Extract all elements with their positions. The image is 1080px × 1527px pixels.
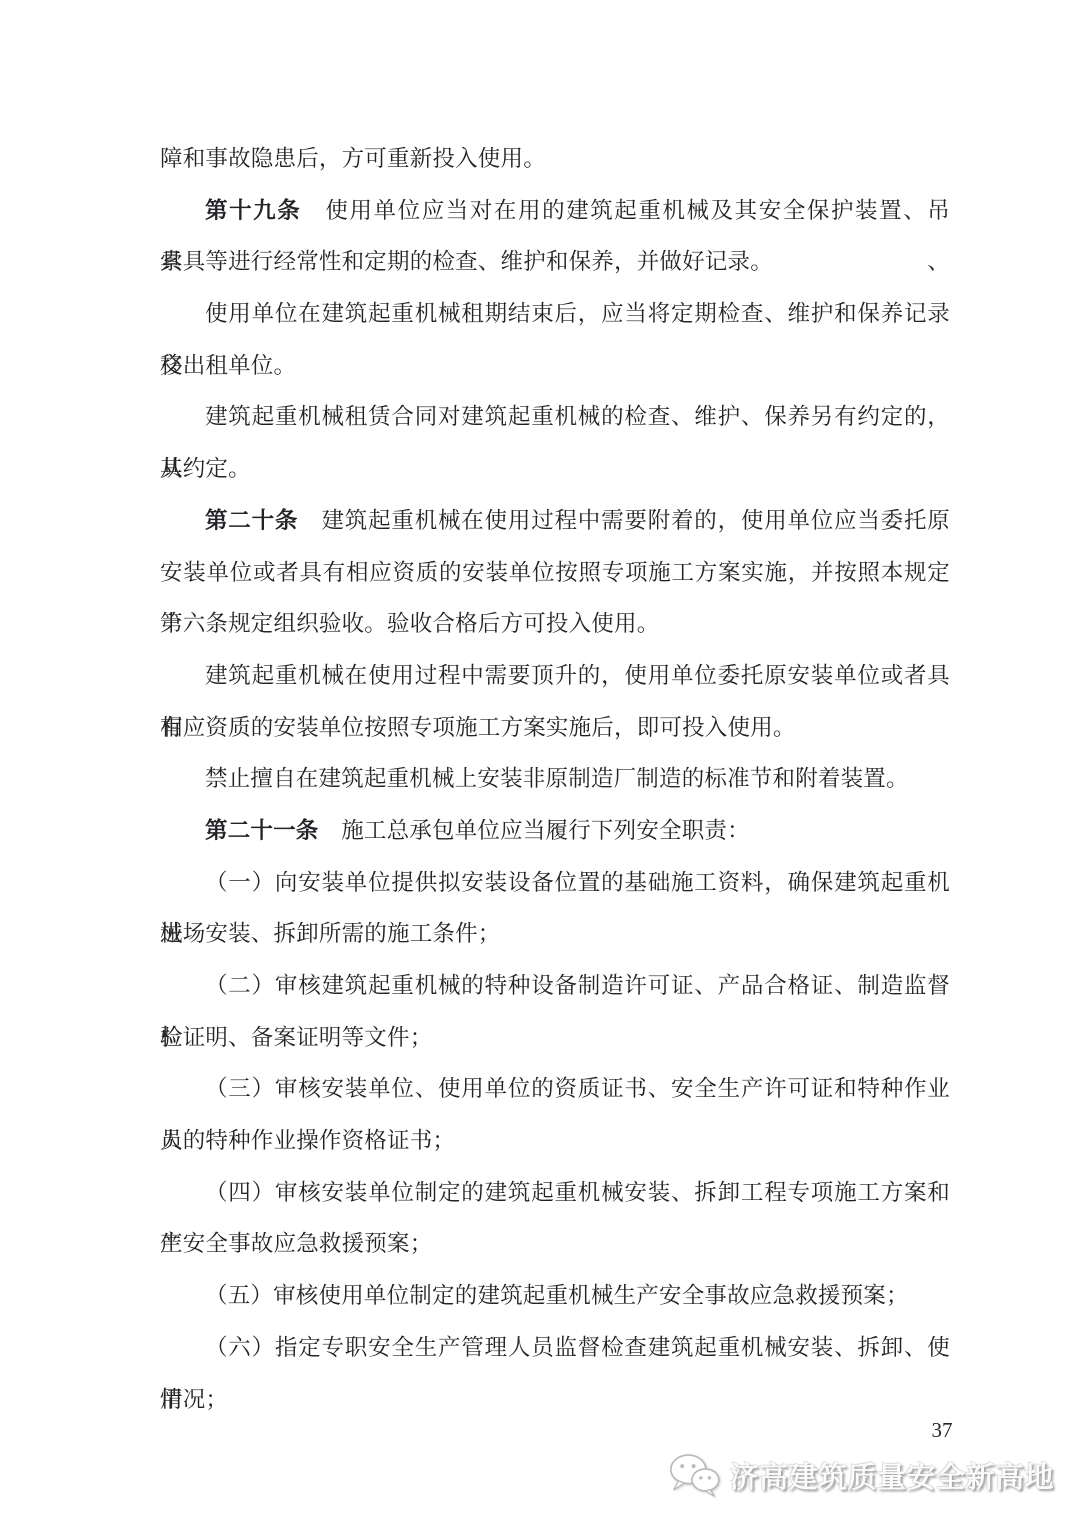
text-line: 建筑起重机械在使用过程中需要顶升的，使用单位委托原安装单位或者具有	[160, 650, 950, 702]
text-segment: 产安全事故应急救援预案；	[160, 1231, 432, 1256]
text-line: 安装单位或者具有相应资质的安装单位按照专项施工方案实施，并按照本规定第	[160, 547, 950, 599]
text-line: （一）向安装单位提供拟安装设备位置的基础施工资料，确保建筑起重机械	[160, 857, 950, 909]
text-line: 第十九条 使用单位应当对在用的建筑起重机械及其安全保护装置、吊具、	[160, 185, 950, 237]
text-segment: 情况；	[160, 1387, 228, 1412]
text-line: 验证明、备案证明等文件；	[160, 1012, 950, 1064]
text-line: （四）审核安装单位制定的建筑起重机械安装、拆卸工程专项施工方案和生	[160, 1167, 950, 1219]
text-line: 交出租单位。	[160, 340, 950, 392]
text-line: （三）审核安装单位、使用单位的资质证书、安全生产许可证和特种作业人	[160, 1063, 950, 1115]
text-segment: 相应资质的安装单位按照专项施工方案实施后，即可投入使用。	[160, 715, 796, 740]
article-number: 第二十条	[205, 508, 298, 533]
text-line: 建筑起重机械租赁合同对建筑起重机械的检查、维护、保养另有约定的，从	[160, 391, 950, 443]
text-line: 员的特种作业操作资格证书；	[160, 1115, 950, 1167]
text-segment: 进场安装、拆卸所需的施工条件；	[160, 921, 501, 946]
text-segment: 十六条规定组织验收。验收合格后方可投入使用。	[160, 611, 659, 636]
text-line: 进场安装、拆卸所需的施工条件；	[160, 908, 950, 960]
text-segment: （五）审核使用单位制定的建筑起重机械生产安全事故应急救援预案；	[205, 1283, 909, 1308]
text-line: 使用单位在建筑起重机械租期结束后，应当将定期检查、维护和保养记录移	[160, 288, 950, 340]
watermark: 济高建筑质量安全新高地	[668, 1447, 1054, 1503]
watermark-text: 济高建筑质量安全新高地	[729, 1455, 1054, 1496]
page-number: 37	[880, 1413, 1004, 1447]
text-line: 情况；	[160, 1374, 950, 1426]
text-line: 十六条规定组织验收。验收合格后方可投入使用。	[160, 598, 950, 650]
text-line: 其约定。	[160, 443, 950, 495]
text-segment: 交出租单位。	[160, 353, 296, 378]
text-line: 第二十条 建筑起重机械在使用过程中需要附着的，使用单位应当委托原	[160, 495, 950, 547]
text-line: 相应资质的安装单位按照专项施工方案实施后，即可投入使用。	[160, 702, 950, 754]
text-segment: 验证明、备案证明等文件；	[160, 1025, 432, 1050]
text-line: （六）指定专职安全生产管理人员监督检查建筑起重机械安装、拆卸、使用	[160, 1322, 950, 1374]
text-segment: 索具等进行经常性和定期的检查、维护和保养，并做好记录。	[160, 249, 773, 274]
article-number: 第二十一条	[205, 818, 319, 843]
wechat-icon	[668, 1452, 720, 1498]
text-line: （五）审核使用单位制定的建筑起重机械生产安全事故应急救援预案；	[160, 1270, 950, 1322]
document-body: 障和事故隐患后，方可重新投入使用。第十九条 使用单位应当对在用的建筑起重机械及其…	[160, 133, 950, 1425]
text-segment: 施工总承包单位应当履行下列安全职责：	[319, 818, 750, 843]
text-segment: 其约定。	[160, 456, 251, 481]
text-line: 第二十一条 施工总承包单位应当履行下列安全职责：	[160, 805, 950, 857]
text-segment: 障和事故隐患后，方可重新投入使用。	[160, 146, 546, 171]
article-number: 第十九条	[205, 198, 301, 223]
text-segment: 员的特种作业操作资格证书；	[160, 1128, 455, 1153]
text-segment: 建筑起重机械在使用过程中需要附着的，使用单位应当委托原	[298, 508, 950, 533]
text-line: 产安全事故应急救援预案；	[160, 1218, 950, 1270]
text-segment: 禁止擅自在建筑起重机械上安装非原制造厂制造的标准节和附着装置。	[205, 766, 909, 791]
document-page: 障和事故隐患后，方可重新投入使用。第十九条 使用单位应当对在用的建筑起重机械及其…	[0, 0, 1080, 1527]
text-line: （二）审核建筑起重机械的特种设备制造许可证、产品合格证、制造监督检	[160, 960, 950, 1012]
text-line: 障和事故隐患后，方可重新投入使用。	[160, 133, 950, 185]
text-line: 禁止擅自在建筑起重机械上安装非原制造厂制造的标准节和附着装置。	[160, 753, 950, 805]
